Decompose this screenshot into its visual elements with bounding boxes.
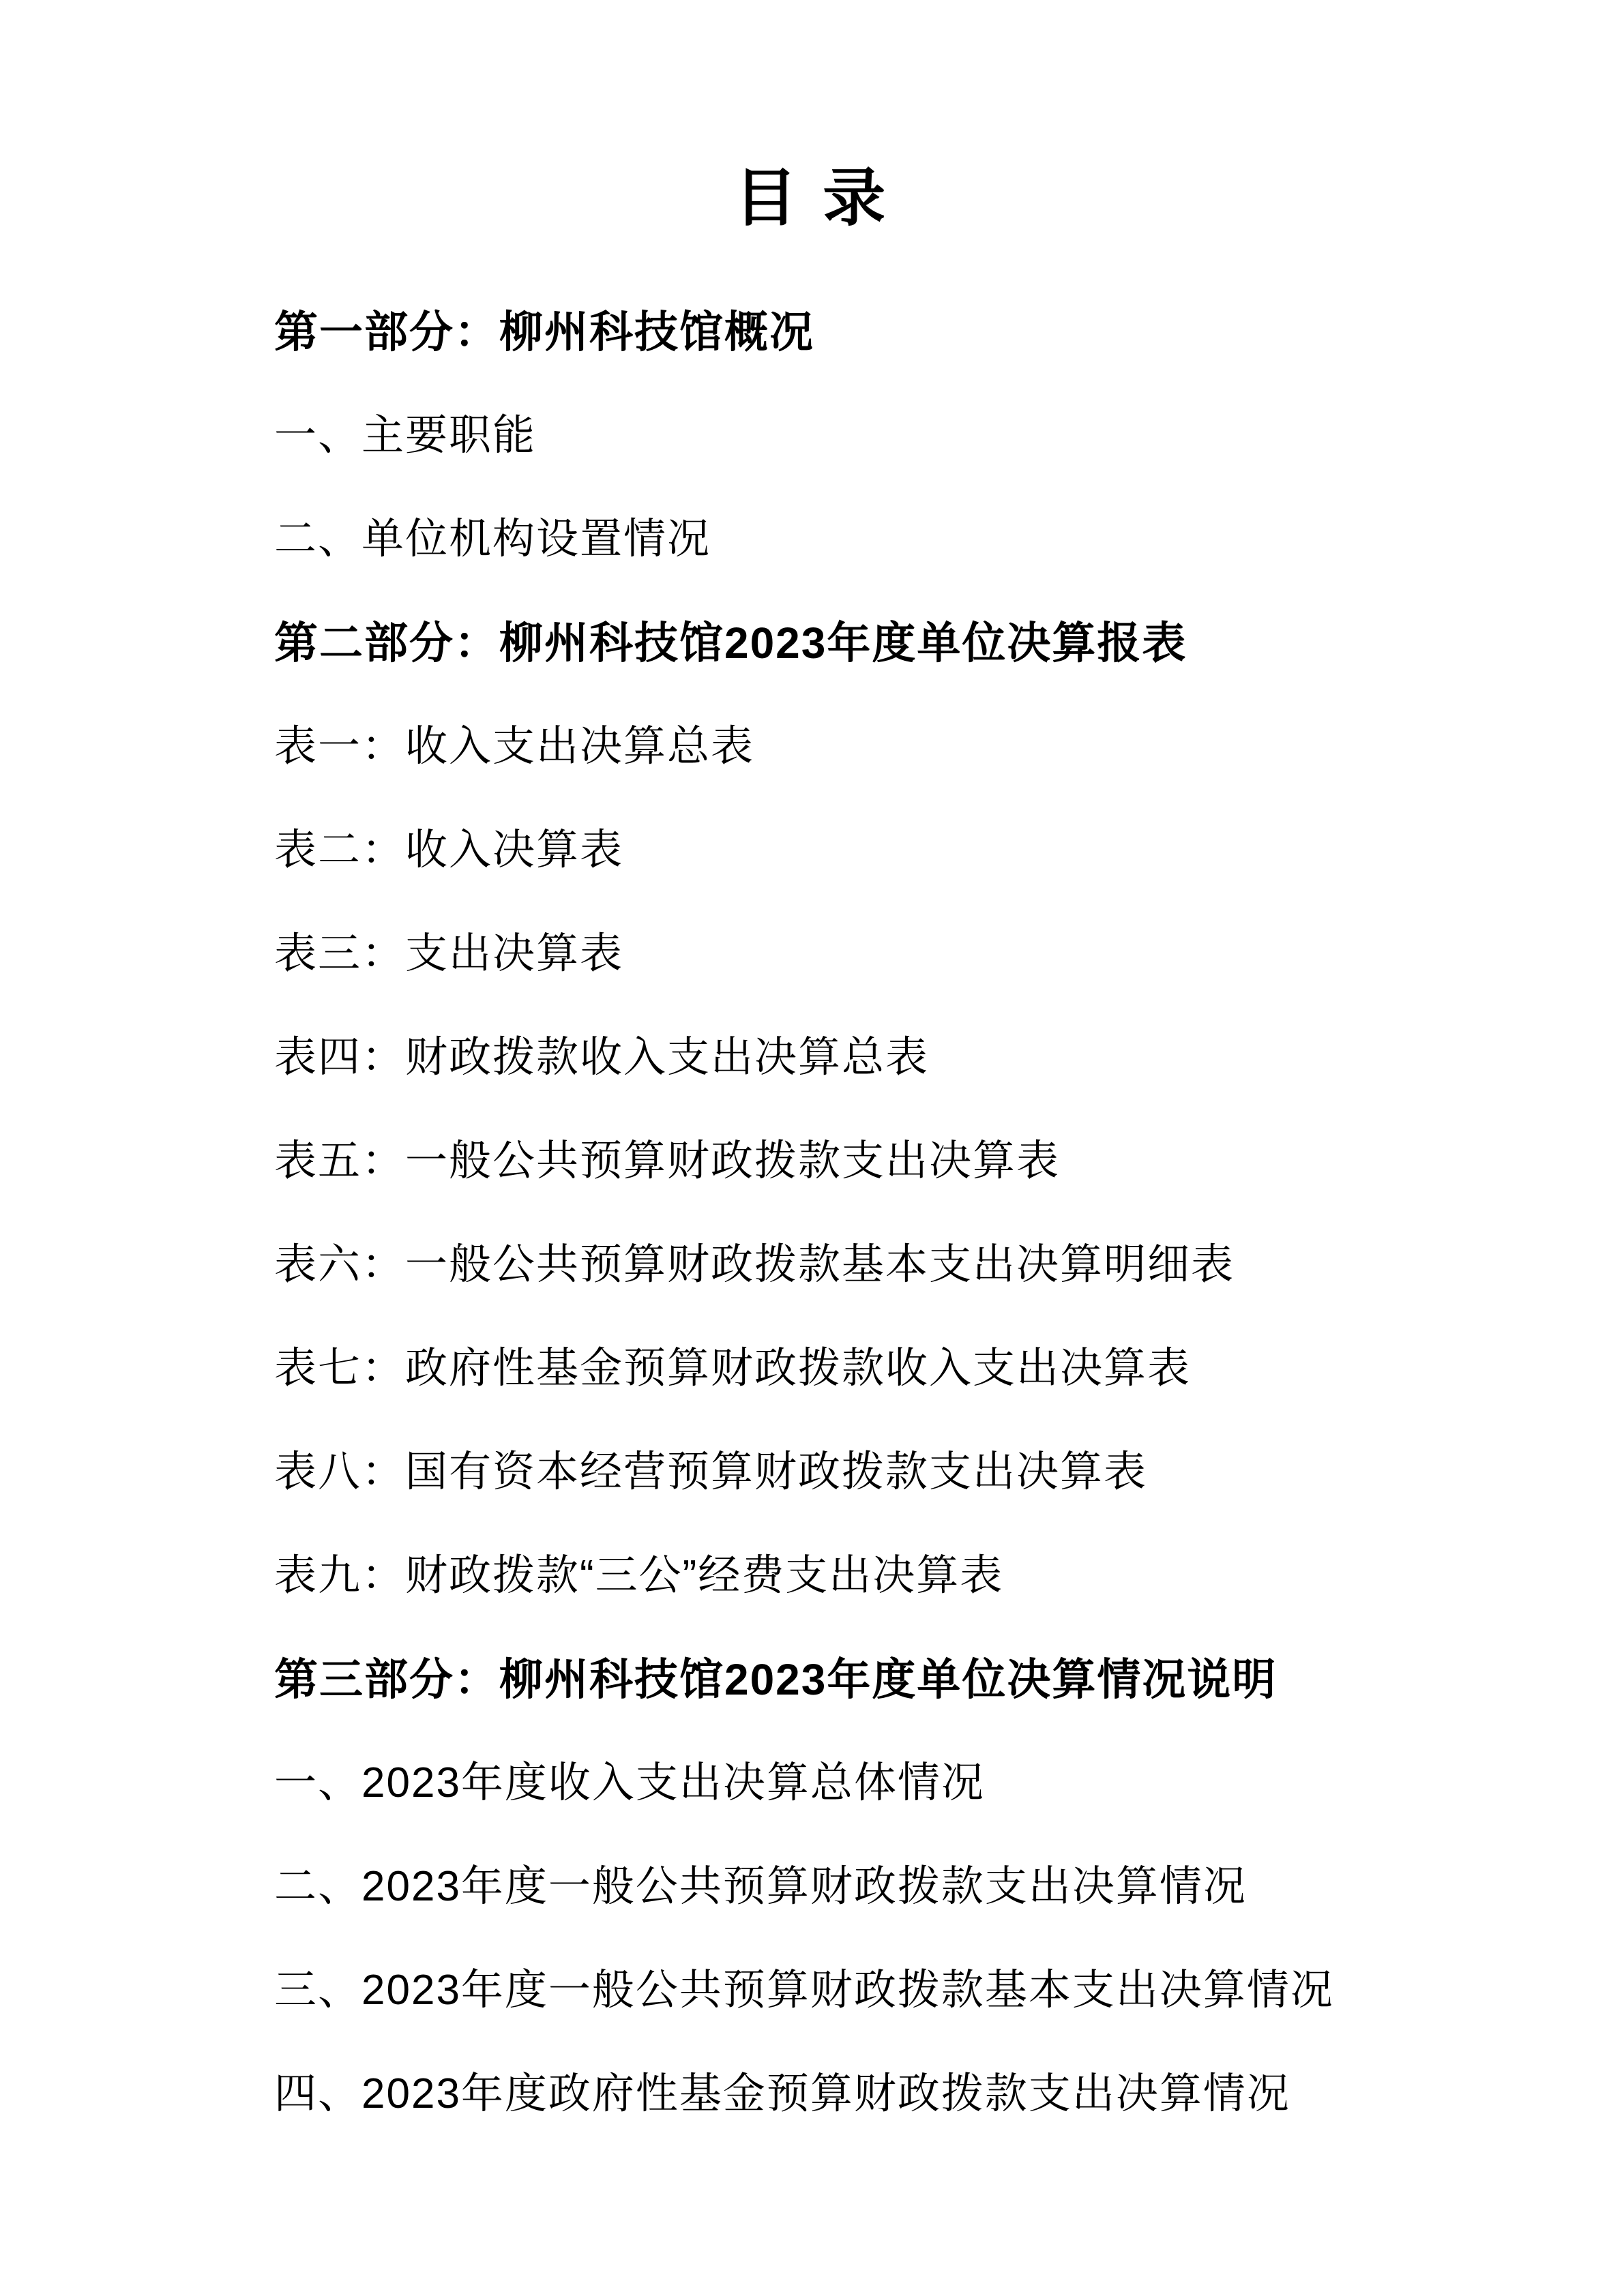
toc-entry-text: 表七：政府性基金预算财政拨款收入支出决算表 [274,1347,1191,1390]
toc-entry-text: 二、2023年度一般公共预算财政拨款支出决算情况 [274,1866,1247,1908]
toc-item: 一、主要职能 [274,384,1488,488]
toc-item: 一、2023年度收入支出决算总体情况 [274,1731,1488,1835]
toc-item: 表六：一般公共预算财政拨款基本支出决算明细表 [274,1213,1488,1317]
toc-item: 表三：支出决算表 [274,902,1488,1006]
toc-part-heading: 第二部分：柳州科技馆2023年度单位决算报表 [274,591,1488,695]
toc-item: 表一：收入支出决算总表 [274,695,1488,799]
document-page: 目 录 第一部分：柳州科技馆概况一、主要职能二、单位机构设置情况第二部分：柳州科… [0,0,1624,2296]
toc-item: 表五：一般公共预算财政拨款支出决算表 [274,1109,1488,1213]
toc-entry-text: 第一部分：柳州科技馆概况 [274,310,814,354]
toc-entry-text: 表九：财政拨款“三公”经费支出决算表 [274,1555,1003,1597]
toc-entry-text: 第三部分：柳州科技馆2023年度单位决算情况说明 [274,1658,1277,1701]
toc-entry-text: 表二：收入决算表 [274,829,623,871]
page-title: 目 录 [0,167,1624,230]
toc-item: 二、单位机构设置情况 [274,488,1488,591]
toc-part-heading: 第一部分：柳州科技馆概况 [274,280,1488,384]
toc-item: 四、2023年度政府性基金预算财政拨款支出决算情况 [274,2042,1488,2146]
toc-entry-text: 表四：财政拨款收入支出决算总表 [274,1037,929,1079]
table-of-contents: 第一部分：柳州科技馆概况一、主要职能二、单位机构设置情况第二部分：柳州科技馆20… [274,280,1488,2146]
toc-entry-text: 二、单位机构设置情况 [274,518,711,561]
toc-entry-text: 表三：支出决算表 [274,933,623,975]
toc-item: 表四：财政拨款收入支出决算总表 [274,1006,1488,1109]
toc-entry-text: 表八：国有资本经营预算财政拨款支出决算表 [274,1451,1147,1493]
toc-entry-text: 表六：一般公共预算财政拨款基本支出决算明细表 [274,1244,1235,1286]
toc-entry-text: 第二部分：柳州科技馆2023年度单位决算报表 [274,621,1187,665]
toc-item: 表八：国有资本经营预算财政拨款支出决算表 [274,1420,1488,1524]
toc-item: 二、2023年度一般公共预算财政拨款支出决算情况 [274,1835,1488,1939]
toc-entry-text: 一、2023年度收入支出决算总体情况 [274,1762,985,1804]
toc-item: 表七：政府性基金预算财政拨款收入支出决算表 [274,1317,1488,1420]
toc-entry-text: 表一：收入支出决算总表 [274,726,754,768]
toc-item: 三、2023年度一般公共预算财政拨款基本支出决算情况 [274,1939,1488,2042]
toc-item: 表九：财政拨款“三公”经费支出决算表 [274,1524,1488,1628]
toc-entry-text: 一、主要职能 [274,415,536,457]
toc-entry-text: 三、2023年度一般公共预算财政拨款基本支出决算情况 [274,1969,1334,2012]
toc-entry-text: 四、2023年度政府性基金预算财政拨款支出决算情况 [274,2073,1290,2115]
toc-part-heading: 第三部分：柳州科技馆2023年度单位决算情况说明 [274,1628,1488,1731]
toc-entry-text: 表五：一般公共预算财政拨款支出决算表 [274,1140,1060,1182]
toc-item: 表二：收入决算表 [274,799,1488,902]
